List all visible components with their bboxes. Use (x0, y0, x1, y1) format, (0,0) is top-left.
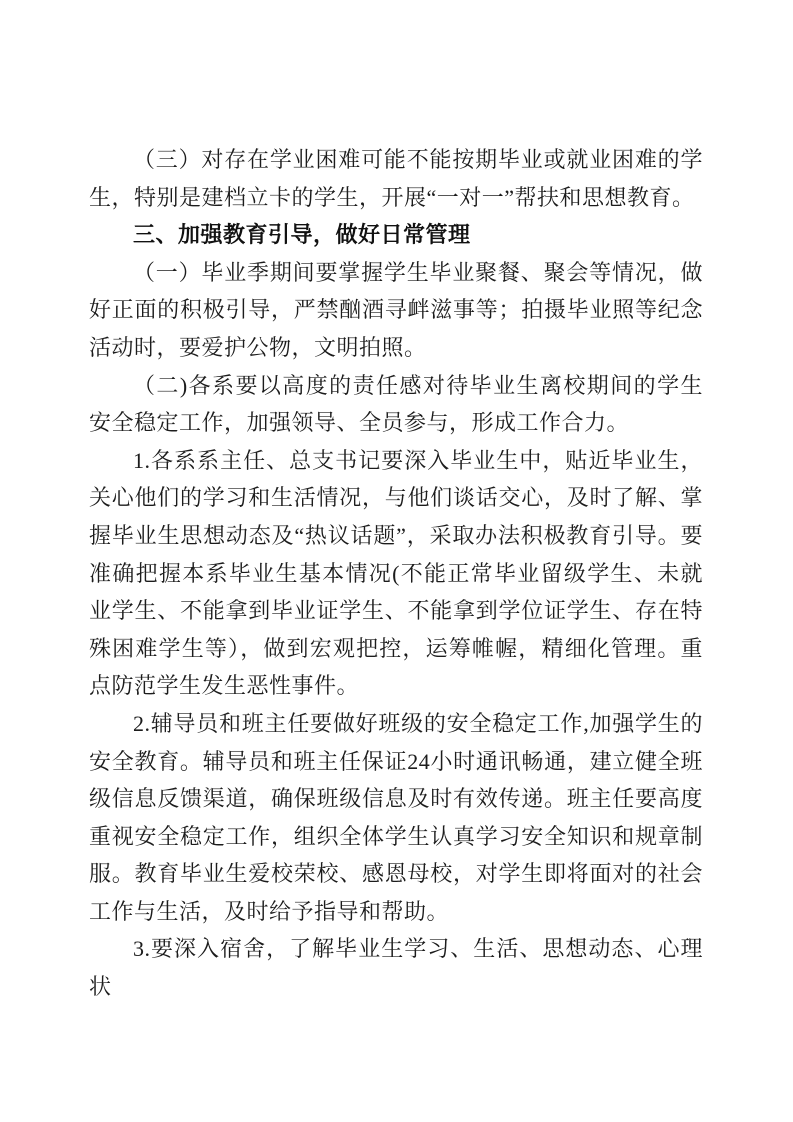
paragraph-point2: 2.辅导员和班主任要做好班级的安全稳定工作,加强学生的安全教育。辅导员和班主任保… (89, 705, 703, 931)
paragraph-point3-truncated: 3.要深入宿舍，了解毕业生学习、生活、思想动态、心理状 (89, 930, 703, 1005)
paragraph-section3-item3: （三）对存在学业困难可能不能按期毕业或就业困难的学生，特别是建档立卡的学生，开展… (89, 141, 703, 216)
document-page: （三）对存在学业困难可能不能按期毕业或就业困难的学生，特别是建档立卡的学生，开展… (0, 0, 793, 1122)
paragraph-point1: 1.各系系主任、总支书记要深入毕业生中，贴近毕业生，关心他们的学习和生活情况，与… (89, 442, 703, 705)
section-heading-3: 三、加强教育引导，做好日常管理 (89, 216, 703, 254)
page-text-block: （三）对存在学业困难可能不能按期毕业或就业困难的学生，特别是建档立卡的学生，开展… (89, 141, 703, 1006)
paragraph-item2: （二)各系要以高度的责任感对待毕业生离校期间的学生安全稳定工作，加强领导、全员参… (89, 367, 703, 442)
paragraph-item1: （一）毕业季期间要掌握学生毕业聚餐、聚会等情况，做好正面的积极引导，严禁酗酒寻衅… (89, 254, 703, 367)
